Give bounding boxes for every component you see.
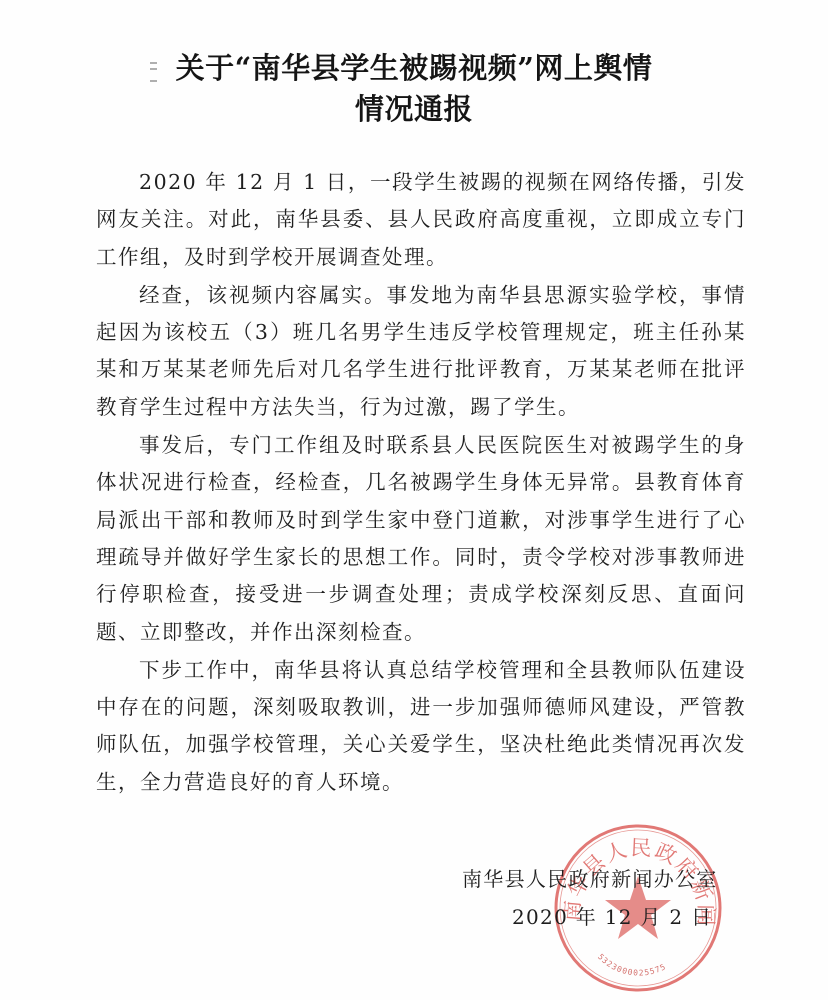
issue-date: 2020 年 12 月 2 日 [462,898,742,936]
title-line-1: 关于“南华县学生被踢视频”网上舆情 [0,48,828,89]
signature-block: 南华县人民政府新闻办公室 2020 年 12 月 2 日 [462,860,742,936]
paragraph-2: 经查，该视频内容属实。事发地为南华县思源实验学校，事情起因为该校五（3）班几名男… [96,277,746,426]
document-body: 2020 年 12 月 1 日，一段学生被踢的视频在网络传播，引发网友关注。对此… [96,164,746,802]
paragraph-1: 2020 年 12 月 1 日，一段学生被踢的视频在网络传播，引发网友关注。对此… [96,164,746,276]
paragraph-4: 下步工作中，南华县将认真总结学校管理和全县教师队伍建设中存在的问题，深刻吸取教训… [96,652,746,801]
title-line-2: 情况通报 [0,89,828,130]
issuing-organization: 南华县人民政府新闻办公室 [462,860,742,898]
paragraph-3: 事发后，专门工作组及时联系县人民医院医生对被踢学生的身体状况进行检查，经检查，几… [96,427,746,651]
document-page: 关于“南华县学生被踢视频”网上舆情 情况通报 2020 年 12 月 1 日，一… [0,0,828,1000]
document-title: 关于“南华县学生被踢视频”网上舆情 情况通报 [0,48,828,130]
seal-serial: 5323000025575 [596,952,668,977]
